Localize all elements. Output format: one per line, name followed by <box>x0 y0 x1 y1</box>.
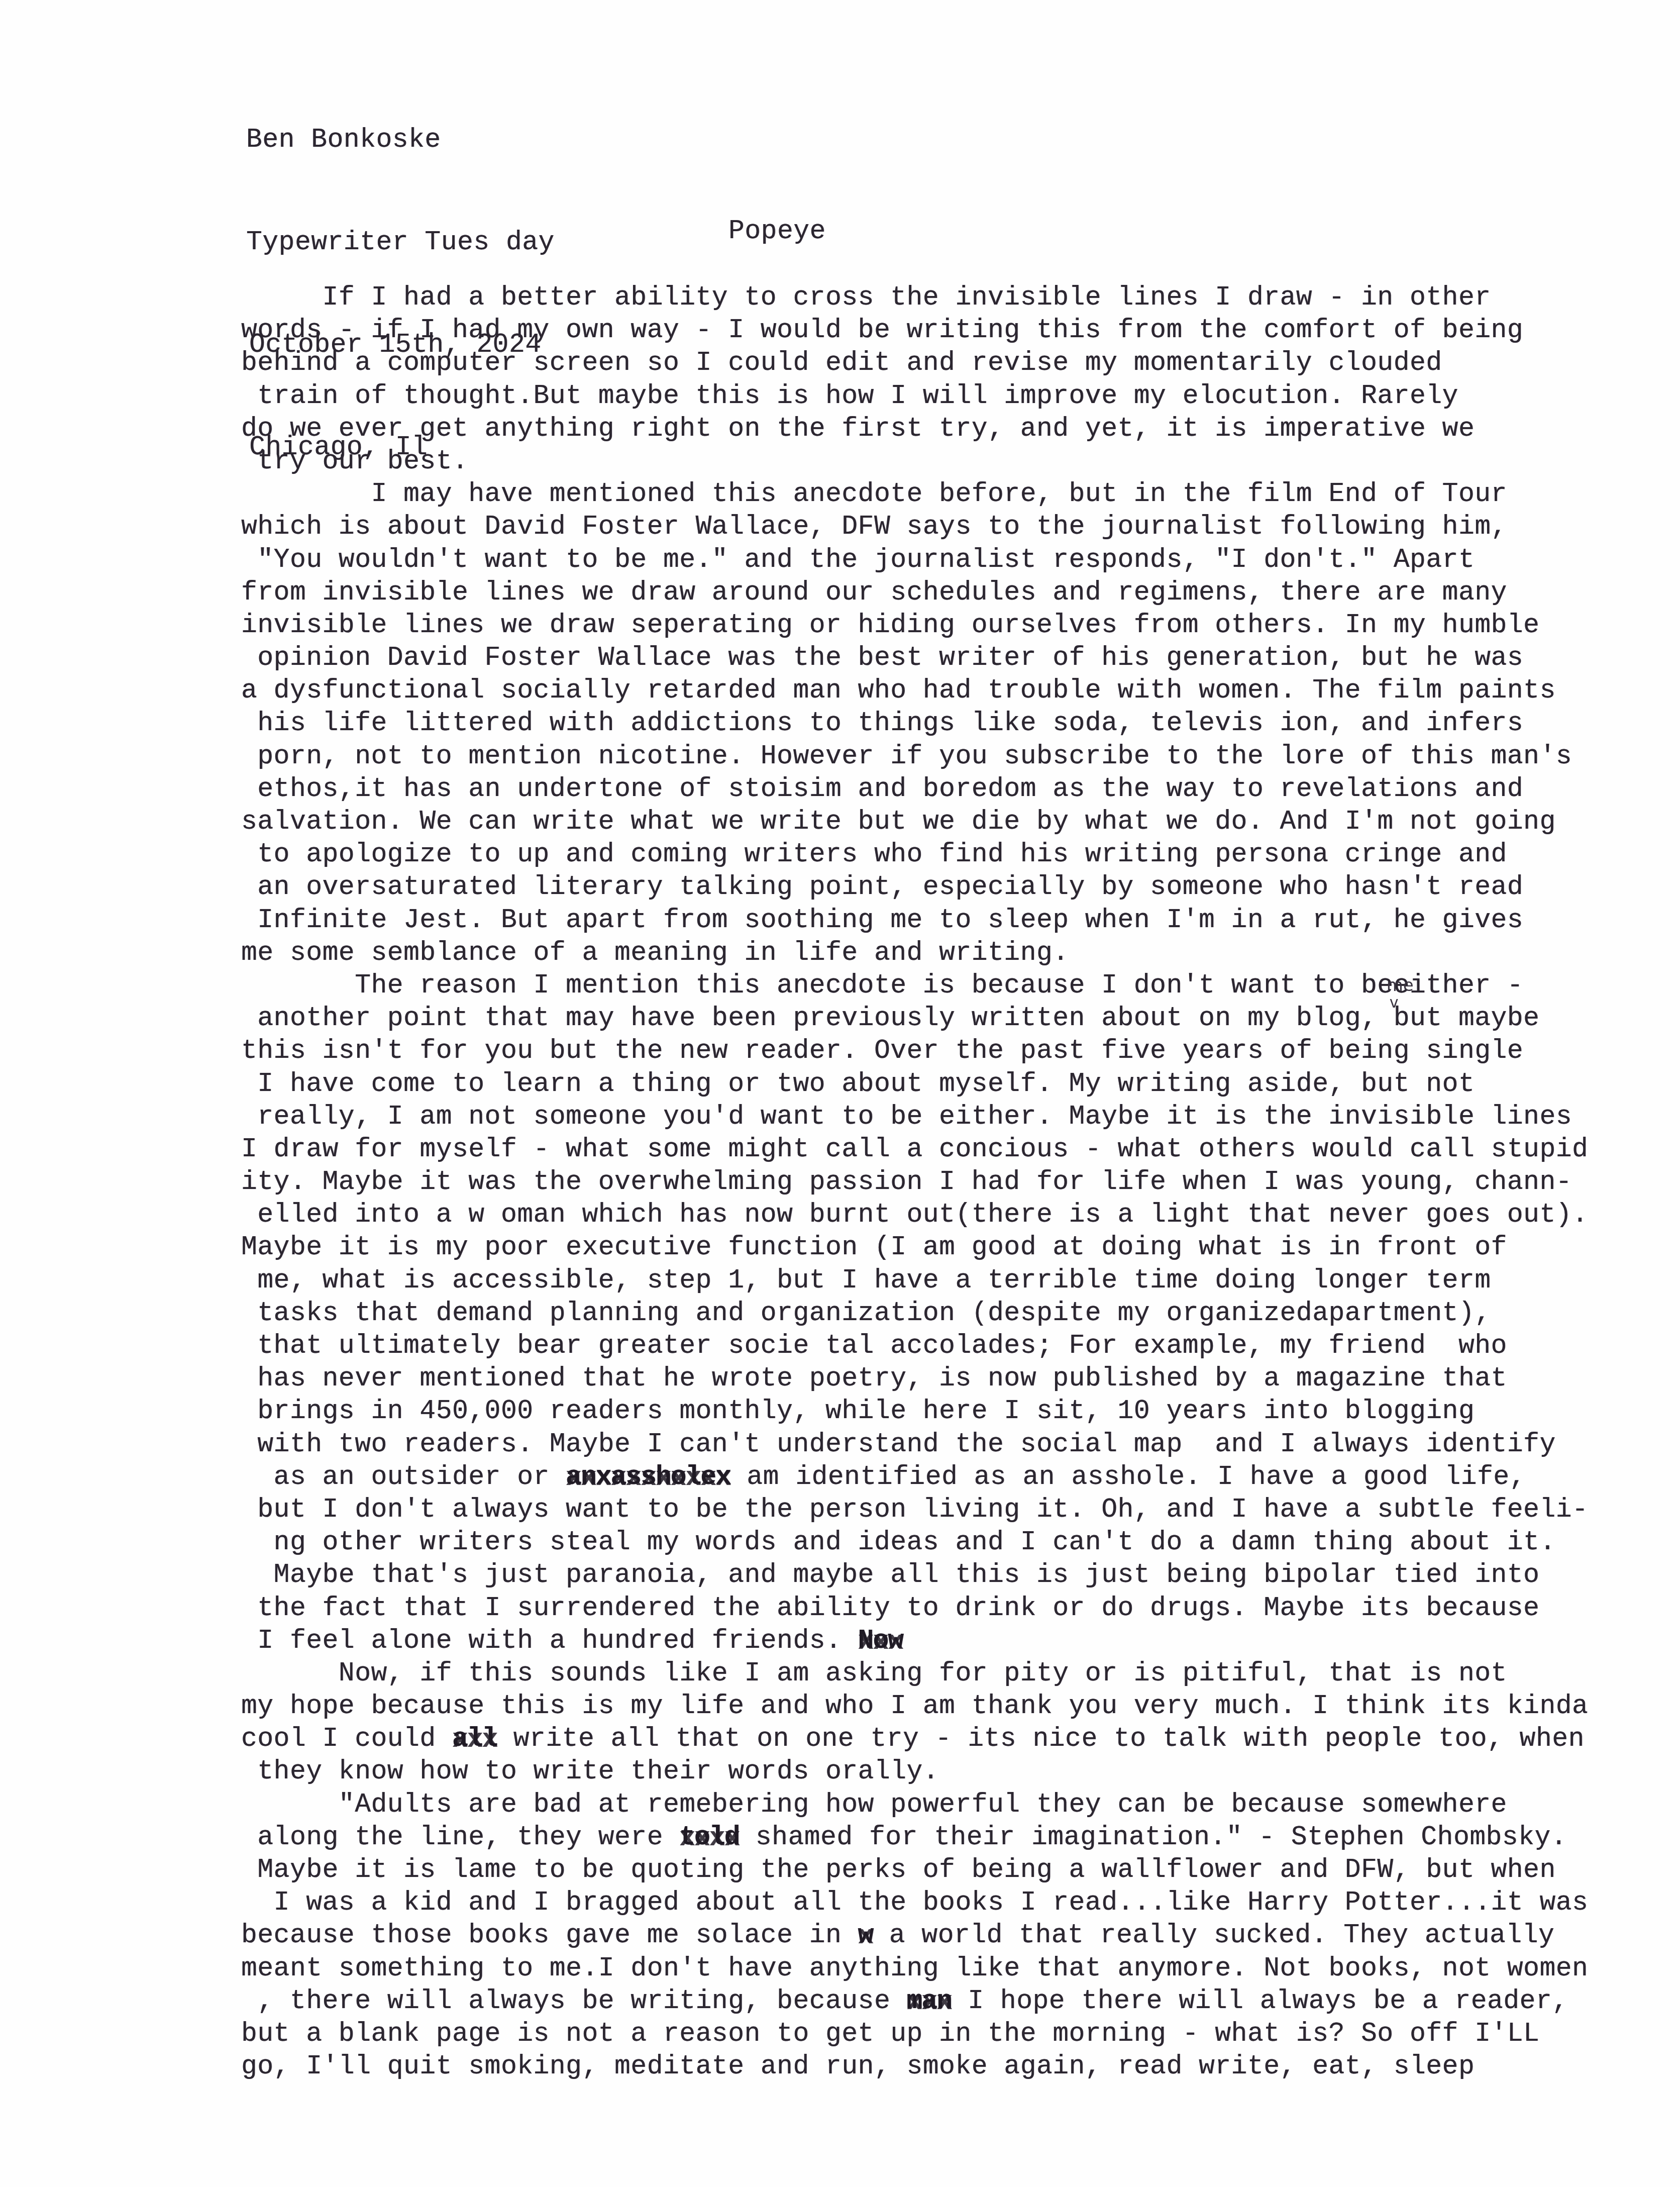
text-segment: along the line, they were <box>241 1822 679 1852</box>
text-line: opinion David Foster Wallace was the bes… <box>241 642 1648 674</box>
text-line: brings in 450,000 readers monthly, while… <box>241 1395 1648 1428</box>
text-segment: as an outsider or <box>241 1462 566 1492</box>
text-segment: I feel alone with a hundred friends. <box>241 1626 858 1656</box>
text-line: I was a kid and I bragged about all the … <box>241 1886 1648 1919</box>
text-line: salvation. We can write what we write bu… <box>241 806 1648 838</box>
text-line: my hope because this is my life and who … <box>241 1690 1648 1723</box>
text-line: an oversaturated literary talking point,… <box>241 871 1648 904</box>
text-segment: , there will always be writing, because <box>241 1986 907 2016</box>
text-line: his life littered with addictions to thi… <box>241 707 1648 740</box>
struck-out-word: Nowxxx <box>858 1626 903 1656</box>
text-line: really, I am not someone you'd want to b… <box>241 1101 1648 1133</box>
text-line: cool I could allxxx write all that on on… <box>241 1723 1648 1755</box>
text-line: me some semblance of a meaning in life a… <box>241 937 1648 969</box>
text-line: me, what is accessible, step 1, but I ha… <box>241 1264 1648 1297</box>
text-line: a dysfunctional socially retarded man wh… <box>241 674 1648 707</box>
overstrike-marks: xxx <box>858 1626 903 1658</box>
text-line: go, I'll quit smoking, meditate and run,… <box>241 2050 1648 2083</box>
caret-mark-icon: v <box>1390 986 1399 1019</box>
text-line: this isn't for you but the new reader. O… <box>241 1035 1648 1067</box>
text-line: that ultimately bear greater socie tal a… <box>241 1330 1648 1362</box>
text-line: I draw for myself - what some might call… <box>241 1133 1648 1166</box>
paragraph-1: If I had a better ability to cross the i… <box>241 281 1648 478</box>
text-line: as an outsider or anxassholexxxxxxxxxxxx… <box>241 1461 1648 1494</box>
text-line: the fact that I surrendered the ability … <box>241 1592 1648 1625</box>
text-line: which is about David Foster Wallace, DFW… <box>241 511 1648 543</box>
text-line: The reason I mention this anecdote is be… <box>241 969 1648 1002</box>
paragraph-4: Now, if this sounds like I am asking for… <box>241 1657 1648 1788</box>
text-line: but I don't always want to be the person… <box>241 1494 1648 1526</box>
text-line: along the line, they were toldxxxx shame… <box>241 1821 1648 1854</box>
paragraph-3: The reason I mention this anecdote is be… <box>241 969 1648 1657</box>
text-line: another point that may have been previou… <box>241 1002 1648 1035</box>
struck-out-word: anxassholexxxxxxxxxxxx <box>566 1462 730 1492</box>
text-segment: I hope there will always be a reader, <box>952 1986 1568 2016</box>
text-line: tasks that demand planning and organizat… <box>241 1297 1648 1330</box>
text-line: I feel alone with a hundred friends. Now… <box>241 1625 1648 1657</box>
text-line: "Adults are bad at remebering how powerf… <box>241 1788 1648 1821</box>
text-line: Maybe that's just paranoia, and maybe al… <box>241 1559 1648 1592</box>
overstrike-marks: xxxxxxxxxxx <box>566 1462 730 1495</box>
text-line: "You wouldn't want to be me." and the jo… <box>241 544 1648 576</box>
overstrike-marks: xxx <box>452 1724 497 1756</box>
paragraph-5: "Adults are bad at remebering how powerf… <box>241 1788 1648 2083</box>
text-line: Infinite Jest. But apart from soothing m… <box>241 904 1648 937</box>
overstrike-marks: xxxx <box>679 1822 739 1855</box>
text-segment: a world that really sucked. They actuall… <box>873 1920 1554 1950</box>
text-line: has never mentioned that he wrote poetry… <box>241 1362 1648 1395</box>
essay-title: Popeye <box>728 216 826 246</box>
text-line: with two readers. Maybe I can't understa… <box>241 1428 1648 1461</box>
text-line: train of thought.But maybe this is how I… <box>241 380 1648 413</box>
text-line: because those books gave me solace in wx… <box>241 1919 1648 1952</box>
text-line: meant something to me.I don't have anyth… <box>241 1952 1648 1985</box>
overstrike-marks: xxx <box>907 1986 952 2019</box>
text-line: If I had a better ability to cross the i… <box>241 281 1648 314</box>
struck-out-word: manxxx <box>907 1986 952 2016</box>
text-line: , there will always be writing, because … <box>241 1985 1648 2018</box>
text-line: Maybe it is lame to be quoting the perks… <box>241 1854 1648 1886</box>
text-line: ethos,it has an undertone of stoisim and… <box>241 773 1648 806</box>
text-line: they know how to write their words orall… <box>241 1755 1648 1788</box>
text-line: try our best. <box>241 445 1648 478</box>
text-line: porn, not to mention nicotine. However i… <box>241 740 1648 773</box>
struck-out-word: toldxxxx <box>679 1822 739 1852</box>
text-segment: am identified as an asshole. I have a go… <box>730 1462 1526 1492</box>
paragraph-2: I may have mentioned this anecdote befor… <box>241 478 1648 969</box>
struck-out-letter: wx <box>858 1920 873 1950</box>
text-line: elled into a w oman which has now burnt … <box>241 1199 1648 1231</box>
text-line: do we ever get anything right on the fir… <box>241 413 1648 445</box>
text-line: invisible lines we draw seperating or hi… <box>241 609 1648 642</box>
text-line: ng other writers steal my words and idea… <box>241 1526 1648 1559</box>
text-line: I may have mentioned this anecdote befor… <box>241 478 1648 511</box>
overstrike-marks: x <box>858 1920 873 1953</box>
text-line: behind a computer screen so I could edit… <box>241 347 1648 379</box>
series-label: Typewriter Tues day <box>246 225 555 259</box>
text-line: I have come to learn a thing or two abou… <box>241 1068 1648 1101</box>
text-segment: write all that on one try - its nice to … <box>497 1724 1584 1754</box>
essay-body: If I had a better ability to cross the i… <box>241 281 1648 2083</box>
text-segment: because those books gave me solace in <box>241 1920 858 1950</box>
text-line: Now, if this sounds like I am asking for… <box>241 1657 1648 1690</box>
text-segment: The reason I mention this anecdote is be… <box>241 970 1394 1001</box>
text-line: words - if I had my own way - I would be… <box>241 314 1648 347</box>
text-segment: cool I could <box>241 1724 452 1754</box>
text-line: ity. Maybe it was the overwhelming passi… <box>241 1166 1648 1199</box>
text-segment: shamed for their imagination." - Stephen… <box>739 1822 1567 1852</box>
text-line: but a blank page is not a reason to get … <box>241 2018 1648 2050</box>
typewritten-page: Ben Bonkoske Typewriter Tues day October… <box>0 0 1680 2187</box>
text-line: to apologize to up and coming writers wh… <box>241 838 1648 871</box>
text-line: Maybe it is my poor executive function (… <box>241 1231 1648 1264</box>
text-line: from invisible lines we draw around our … <box>241 576 1648 609</box>
struck-out-word: allxxx <box>452 1724 497 1754</box>
author-name: Ben Bonkoske <box>246 123 555 157</box>
